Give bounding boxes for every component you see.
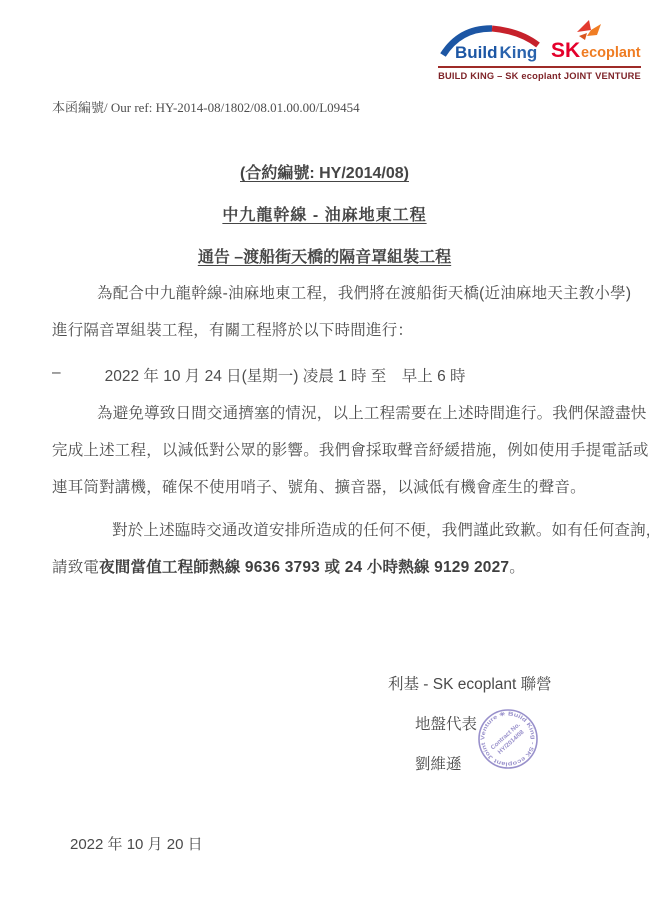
buildking-wordmark: BuildKing — [455, 43, 537, 62]
joint-venture-logo: BuildKing SK ecoplant BUILD KING – SK ec… — [438, 20, 641, 81]
schedule-gap — [61, 364, 105, 386]
company-stamp-icon: Build King - SK ecoplant Joint Venture ✳… — [477, 708, 539, 770]
buildking-logo: BuildKing — [438, 24, 544, 64]
schedule-dash: – — [52, 364, 61, 386]
letter-date: 2022 年 10 月 20 日 — [70, 833, 203, 854]
our-ref-line: 本函編號/ Our ref: HY-2014-08/1802/08.01.00.… — [52, 97, 360, 116]
paragraph2-line1: 為避免導致日間交通擠塞的情況，以上工程需要在上述時間進行。我們保證盡快 — [52, 401, 647, 423]
paragraph2-line3: 連耳筒對講機，確保不使用哨子、號角、擴音器，以減低有機會產生的聲音。 — [52, 475, 586, 497]
paragraph3-line2: 請致電夜間當值工程師熱線 9636 3793 或 24 小時熱線 9129 20… — [52, 555, 525, 577]
hotline-suffix: 。 — [509, 559, 525, 576]
ecoplant-wordmark: ecoplant — [581, 45, 641, 61]
title-contract-number: (合約編號: HY/2014/08) — [0, 160, 649, 183]
sk-wordmark: SK — [551, 39, 580, 62]
signature-role: 地盤代表 — [415, 712, 477, 734]
paragraph2-line2: 完成上述工程，以減低對公眾的影響。我們會採取聲音紓緩措施，例如使用手提電話或 — [52, 438, 649, 460]
title-notice-subject: 通告 –渡船街天橋的隔音罩組裝工程 — [0, 244, 649, 267]
signature-name: 劉維遜 — [415, 752, 462, 774]
sk-ecoplant-logo: SK ecoplant — [549, 20, 641, 64]
signature-company: 利基 - SK ecoplant 聯營 — [388, 672, 552, 694]
hotline-prefix: 請致電 — [52, 559, 99, 576]
sk-butterfly-icon — [577, 20, 601, 40]
hotline-numbers: 夜間當值工程師熱線 9636 3793 或 24 小時熱線 9129 2027 — [99, 559, 509, 576]
work-schedule-line: – 2022 年 10 月 24 日(星期一) 凌晨 1 時 至 早上 6 時 — [52, 364, 466, 386]
title-project-name: 中九龍幹線 - 油麻地東工程 — [0, 202, 649, 225]
notice-letter-page: BuildKing SK ecoplant BUILD KING – SK ec… — [0, 0, 649, 918]
stamp-center-text: Contract No. HY/2014/08 — [490, 721, 528, 757]
paragraph1-line1: 為配合中九龍幹線-油麻地東工程，我們將在渡船街天橋(近油麻地天主教小學) — [52, 281, 631, 303]
logo-row: BuildKing SK ecoplant — [438, 20, 641, 64]
paragraph3-line1: 對於上述臨時交通改道安排所造成的任何不便，我們謹此致歉。如有任何查詢， — [52, 518, 649, 540]
joint-venture-tagline: BUILD KING – SK ecoplant JOINT VENTURE — [438, 66, 641, 81]
title-block: (合約編號: HY/2014/08) 中九龍幹線 - 油麻地東工程 通告 –渡船… — [0, 160, 649, 286]
paragraph1-line2: 進行隔音罩組裝工程，有關工程將於以下時間進行： — [52, 318, 413, 340]
schedule-datetime: 2022 年 10 月 24 日(星期一) 凌晨 1 時 至 早上 6 時 — [105, 364, 466, 386]
